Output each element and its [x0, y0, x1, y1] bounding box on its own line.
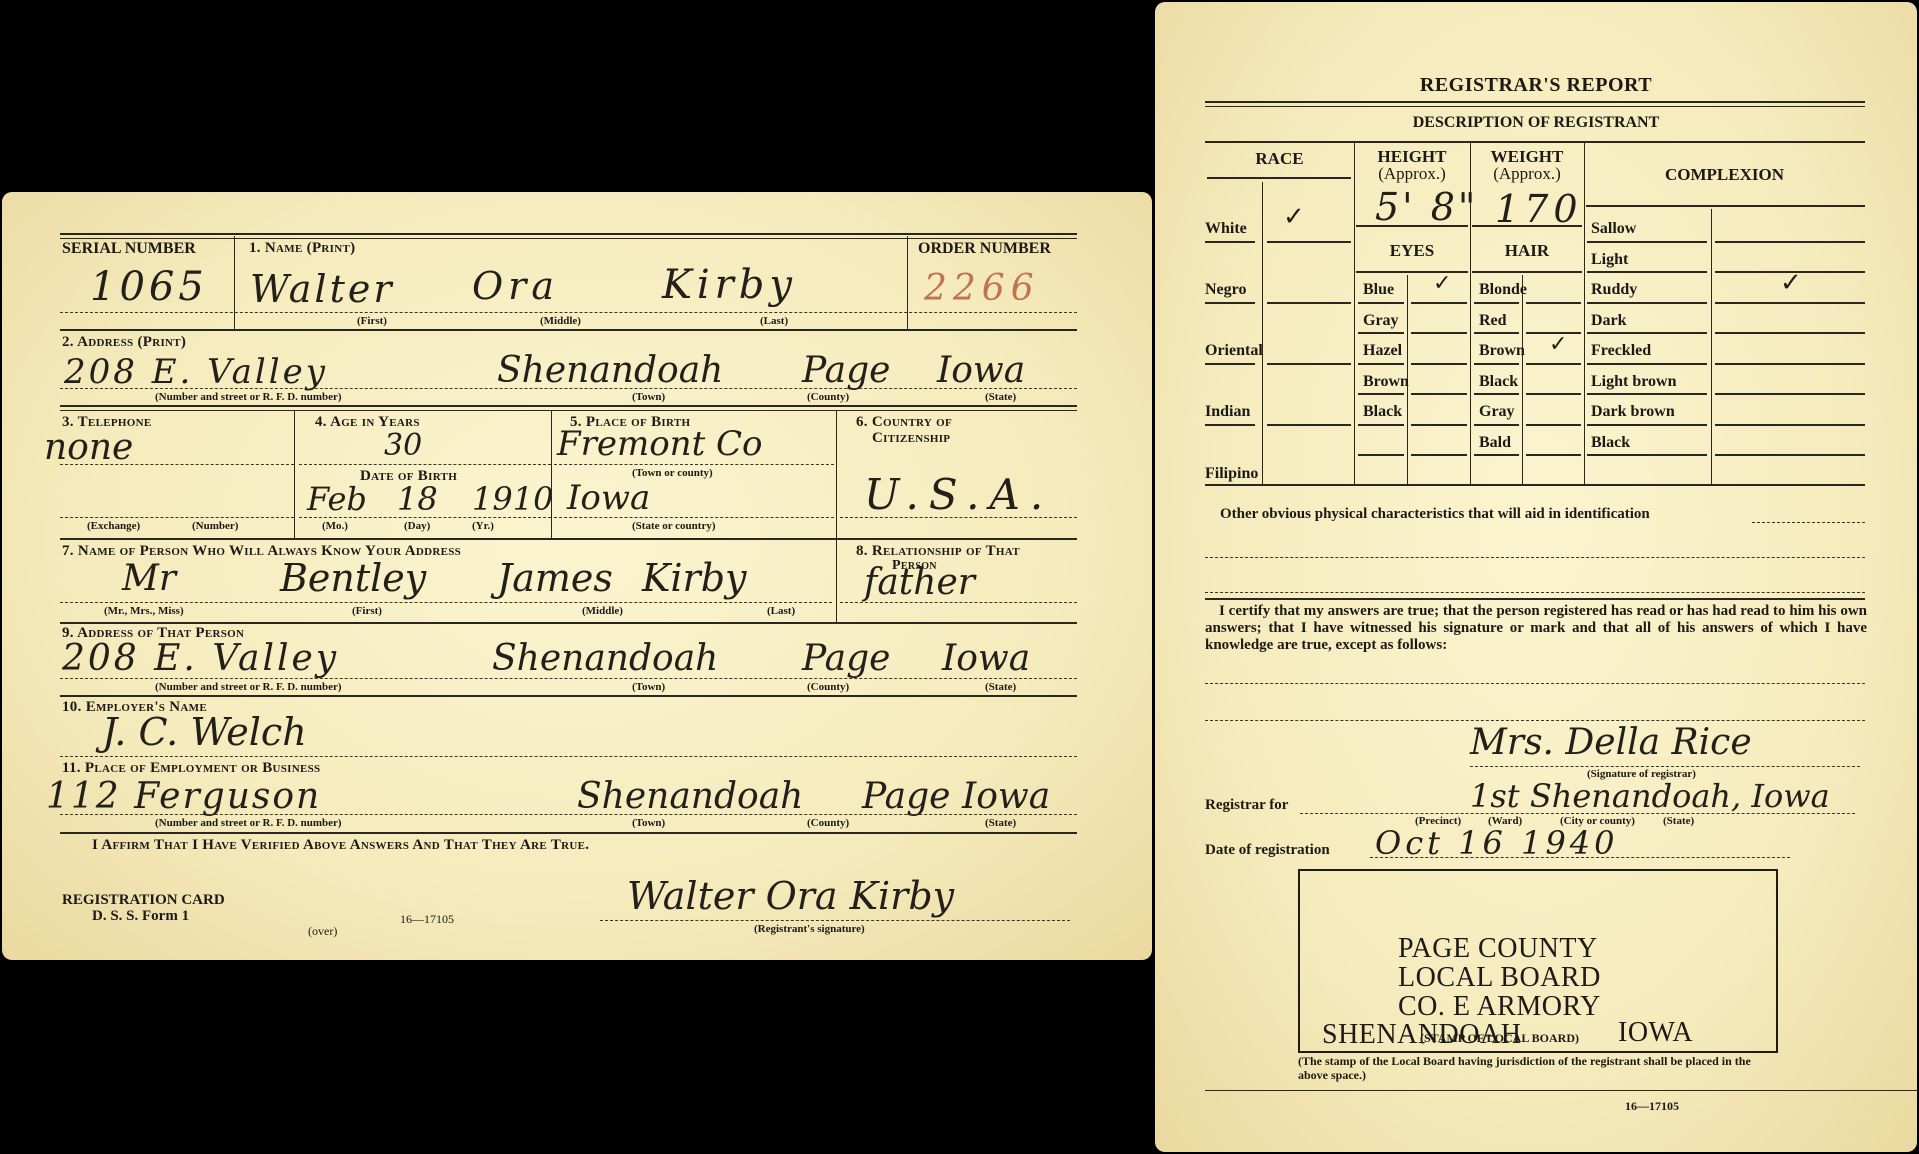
contact-title-value: Mr — [122, 558, 176, 599]
divider — [1267, 302, 1351, 304]
divider — [60, 464, 294, 465]
divider — [60, 312, 1077, 313]
divider — [1205, 1090, 1917, 1091]
divider — [1205, 101, 1865, 107]
caption-street: (Number and street or R. F. D. number) — [155, 391, 342, 403]
divider — [840, 602, 1077, 603]
weight-approx: (Approx.) — [1470, 165, 1584, 182]
complexion-label: Sallow — [1591, 220, 1636, 238]
divider — [234, 236, 235, 329]
date-of-registration-label: Date of registration — [1205, 842, 1330, 859]
hair-label: Gray — [1479, 403, 1515, 421]
divider — [294, 410, 295, 538]
divider — [1354, 143, 1355, 484]
form-title: REGISTRATION CARD — [62, 892, 225, 909]
address-town-value: Shenandoah — [497, 350, 723, 391]
divider — [1267, 241, 1351, 243]
telephone-value: none — [44, 427, 133, 468]
divider — [1262, 182, 1263, 484]
hair-header: HAIR — [1470, 242, 1584, 259]
contact-address-county-value: Page — [802, 638, 890, 679]
divider — [1472, 271, 1582, 273]
employment-state-value: Iowa — [962, 776, 1050, 817]
race-check: ✓ — [1283, 202, 1305, 232]
divider — [1411, 302, 1467, 304]
registrars-report-back: REGISTRAR'S REPORT DESCRIPTION OF REGIST… — [1155, 2, 1917, 1152]
address-street-value: 208 E. Valley — [64, 352, 328, 392]
relationship-label: 8. Relationship of That — [856, 543, 1020, 560]
race-label: White — [1205, 220, 1247, 238]
divider — [1526, 302, 1581, 304]
height-value: 5' 8" — [1375, 185, 1478, 229]
citizenship-label: 6. Country of — [856, 414, 952, 431]
caption-yr: (Yr.) — [472, 520, 494, 532]
race-label: Filipino — [1205, 465, 1258, 483]
order-number-label: ORDER NUMBER — [918, 240, 1051, 258]
eyes-header: EYES — [1354, 242, 1470, 259]
divider — [1587, 393, 1707, 395]
contact-middle-value: James — [497, 556, 613, 600]
divider — [1715, 363, 1865, 365]
caption-state: (State) — [1663, 815, 1694, 827]
divider — [1411, 454, 1467, 456]
caption-county: (County) — [807, 817, 849, 829]
divider — [1411, 332, 1467, 334]
employment-street-value: 112 Ferguson — [46, 776, 321, 817]
eyes-label: Blue — [1363, 281, 1394, 299]
eyes-check: ✓ — [1433, 271, 1451, 296]
divider — [1474, 424, 1519, 426]
race-label: Oriental — [1205, 342, 1263, 360]
divider — [840, 517, 1077, 518]
order-number-value: 2266 — [924, 268, 1040, 309]
employment-label: 11. Place of Employment or Business — [62, 760, 320, 777]
caption-middle: (Middle) — [582, 605, 623, 617]
divider — [836, 410, 837, 538]
address-county-value: Page — [802, 350, 890, 391]
height-header: HEIGHT — [1354, 148, 1470, 165]
caption-county: (County) — [807, 681, 849, 693]
affirmation-text: I Affirm That I Have Verified Above Answ… — [92, 837, 589, 854]
divider — [1715, 302, 1865, 304]
divider — [1205, 241, 1255, 243]
divider — [60, 538, 1077, 540]
eyes-label: Hazel — [1363, 342, 1402, 360]
divider — [1356, 225, 1468, 227]
print-code: 16—17105 — [1625, 1099, 1679, 1114]
address-label: 2. Address (Print) — [62, 334, 186, 351]
registrar-for-label: Registrar for — [1205, 797, 1288, 814]
stamp-line-3: CO. E ARMORY — [1398, 992, 1601, 1021]
divider — [60, 814, 1077, 815]
divider — [1526, 393, 1581, 395]
race-label: Indian — [1205, 403, 1250, 421]
caption-street: (Number and street or R. F. D. number) — [155, 817, 342, 829]
divider — [1715, 424, 1865, 426]
divider — [1470, 766, 1860, 767]
caption-exchange: (Exchange) — [87, 520, 140, 532]
complexion-label: Black — [1591, 434, 1630, 452]
divider — [1711, 209, 1712, 484]
local-board-stamp-box: PAGE COUNTY LOCAL BOARD CO. E ARMORY SHE… — [1298, 869, 1778, 1053]
divider — [1474, 302, 1519, 304]
caption-state-or-country: (State or country) — [632, 520, 716, 532]
registrar-for-value: 1st Shenandoah, Iowa — [1470, 777, 1830, 815]
divider — [1586, 205, 1865, 207]
hair-label: Blonde — [1479, 281, 1527, 299]
caption-number: (Number) — [192, 520, 238, 532]
divider — [551, 410, 552, 538]
divider — [1300, 813, 1855, 814]
height-approx: (Approx.) — [1354, 165, 1470, 182]
name-middle-value: Ora — [472, 264, 559, 308]
report-subtitle: DESCRIPTION OF REGISTRANT — [1155, 114, 1917, 132]
race-header: RACE — [1205, 150, 1354, 167]
divider — [1207, 177, 1351, 179]
divider — [1205, 484, 1865, 486]
divider — [1205, 598, 1865, 600]
registration-card-front: SERIAL NUMBER 1065 1. Name (Print) Walte… — [2, 192, 1152, 960]
complexion-label: Dark — [1591, 312, 1627, 330]
divider — [1205, 424, 1255, 426]
divider — [60, 622, 1077, 624]
caption-last: (Last) — [760, 315, 788, 327]
stamp-note: (The stamp of the Local Board having jur… — [1298, 1054, 1778, 1082]
report-title: REGISTRAR'S REPORT — [1155, 74, 1917, 97]
divider — [1411, 363, 1467, 365]
name-label: 1. Name (Print) — [249, 240, 355, 257]
eyes-label: Gray — [1363, 312, 1399, 330]
divider — [1205, 683, 1865, 684]
divider — [836, 540, 837, 622]
complexion-label: Dark brown — [1591, 403, 1675, 421]
registrar-signature: Mrs. Della Rice — [1470, 722, 1752, 763]
divider — [1526, 454, 1581, 456]
divider — [1358, 332, 1404, 334]
caption-stamp: (STAMP OF LOCAL BOARD) — [1420, 1031, 1579, 1046]
divider — [1472, 225, 1582, 227]
divider — [1715, 241, 1865, 243]
divider — [299, 517, 551, 518]
divider — [600, 920, 1070, 921]
divider — [1411, 424, 1467, 426]
divider — [1752, 522, 1865, 523]
divider — [1584, 143, 1585, 484]
citizenship-value: U.S.A. — [864, 470, 1053, 519]
divider — [60, 329, 1077, 331]
divider — [1474, 332, 1519, 334]
complexion-label: Light brown — [1591, 373, 1677, 391]
divider — [1715, 332, 1865, 334]
divider — [1522, 275, 1523, 484]
divider — [60, 832, 1077, 834]
divider — [1205, 592, 1865, 593]
name-last-value: Kirby — [662, 262, 797, 308]
caption-street: (Number and street or R. F. D. number) — [155, 681, 342, 693]
other-characteristics-label: Other obvious physical characteristics t… — [1220, 506, 1650, 523]
caption-state: (State) — [985, 817, 1016, 829]
contact-address-state-value: Iowa — [942, 638, 1030, 679]
caption-county: (County) — [807, 391, 849, 403]
serial-number-label: SERIAL NUMBER — [62, 240, 196, 258]
hair-check: ✓ — [1549, 332, 1567, 357]
divider — [1267, 363, 1351, 365]
caption-day: (Day) — [404, 520, 430, 532]
caption-first: (First) — [352, 605, 382, 617]
divider — [554, 464, 834, 465]
divider — [1358, 454, 1404, 456]
divider — [60, 695, 1077, 697]
registrant-signature: Walter Ora Kirby — [627, 874, 954, 918]
dob-day-value: 18 — [397, 480, 438, 518]
divider — [60, 517, 294, 518]
complexion-label: Ruddy — [1591, 281, 1637, 299]
caption-state: (State) — [985, 681, 1016, 693]
age-value: 30 — [384, 428, 422, 463]
divider — [1526, 332, 1581, 334]
birthplace-state-value: Iowa — [567, 478, 650, 518]
divider — [1474, 454, 1519, 456]
divider — [299, 464, 551, 465]
divider — [60, 678, 1077, 679]
divider — [1587, 302, 1707, 304]
hair-label: Bald — [1479, 434, 1511, 452]
form-number: D. S. S. Form 1 — [92, 908, 189, 925]
divider — [60, 388, 1077, 389]
contact-last-value: Kirby — [642, 556, 747, 600]
stamp-line-1: PAGE COUNTY — [1398, 934, 1598, 963]
caption-middle: (Middle) — [540, 315, 581, 327]
hair-label: Brown — [1479, 342, 1525, 360]
over-note: (over) — [308, 924, 337, 939]
divider — [1358, 302, 1404, 304]
divider — [1267, 424, 1351, 426]
employment-town-value: Shenandoah — [577, 776, 803, 817]
divider — [1205, 363, 1255, 365]
contact-address-street-value: 208 E. Valley — [62, 638, 339, 679]
divider — [1411, 393, 1467, 395]
divider — [1358, 363, 1404, 365]
divider — [60, 602, 832, 603]
divider — [1526, 424, 1581, 426]
caption-town: (Town) — [632, 681, 665, 693]
certification-text: I certify that my answers are true; that… — [1205, 603, 1867, 654]
divider — [1587, 241, 1707, 243]
divider — [1715, 393, 1865, 395]
employer-value: J. C. Welch — [102, 710, 307, 754]
divider — [1587, 332, 1707, 334]
divider — [1205, 720, 1865, 721]
divider — [60, 233, 1077, 239]
caption-town: (Town) — [632, 391, 665, 403]
race-label: Negro — [1205, 281, 1246, 299]
divider — [1474, 363, 1519, 365]
employment-county-value: Page — [862, 776, 950, 817]
caption-mo: (Mo.) — [322, 520, 348, 532]
divider — [1587, 363, 1707, 365]
divider — [554, 517, 834, 518]
caption-last: (Last) — [767, 605, 795, 617]
address-state-value: Iowa — [937, 350, 1025, 391]
divider — [1715, 271, 1865, 273]
divider — [1358, 393, 1404, 395]
weight-header: WEIGHT — [1470, 148, 1584, 165]
relationship-value: father — [864, 562, 975, 603]
divider — [1205, 557, 1865, 558]
stamp-line-2: LOCAL BOARD — [1398, 963, 1601, 992]
name-first-value: Walter — [250, 267, 395, 311]
serial-number-value: 1065 — [90, 264, 208, 310]
hair-label: Red — [1479, 312, 1507, 330]
eyes-label: Brown — [1363, 373, 1409, 391]
divider — [1526, 363, 1581, 365]
divider — [1358, 424, 1404, 426]
divider — [1587, 424, 1707, 426]
complexion-label: Light — [1591, 251, 1628, 269]
citizenship-label-2: Citizenship — [872, 430, 950, 447]
print-code: 16—17105 — [400, 912, 454, 927]
divider — [1205, 302, 1255, 304]
divider — [1587, 454, 1707, 456]
divider — [1205, 141, 1865, 143]
caption-first: (First) — [357, 315, 387, 327]
divider — [907, 236, 908, 329]
contact-address-town-value: Shenandoah — [492, 638, 718, 679]
caption-town: (Town) — [632, 817, 665, 829]
birthplace-town-value: Fremont Co — [557, 424, 763, 464]
caption-state: (State) — [985, 391, 1016, 403]
stamp-line-4-right: IOWA — [1618, 1018, 1693, 1047]
divider — [1715, 454, 1865, 456]
contact-first-value: Bentley — [280, 556, 426, 600]
complexion-header: COMPLEXION — [1584, 166, 1865, 183]
caption-title: (Mr., Mrs., Miss) — [104, 605, 184, 617]
caption-registrant-signature: (Registrant's signature) — [754, 923, 865, 935]
divider — [60, 756, 1077, 757]
divider — [1474, 393, 1519, 395]
complexion-label: Freckled — [1591, 342, 1651, 360]
dob-year-value: 1910 — [472, 480, 553, 518]
divider — [1370, 857, 1790, 858]
dob-month-value: Feb — [307, 480, 367, 518]
divider — [1587, 271, 1707, 273]
eyes-label: Black — [1363, 403, 1402, 421]
hair-label: Black — [1479, 373, 1518, 391]
divider — [60, 405, 1077, 411]
